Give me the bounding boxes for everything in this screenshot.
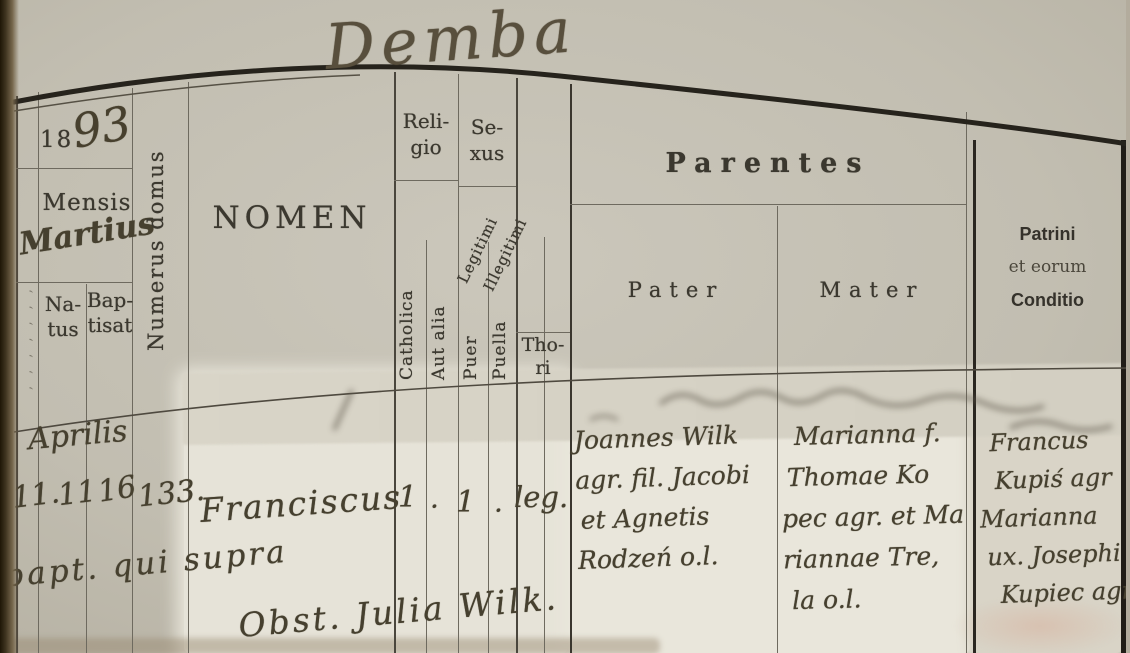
record-puer-mark: 1 bbox=[456, 485, 475, 520]
column-header-mater: Mater bbox=[780, 278, 964, 302]
column-header-pater: Pater bbox=[578, 278, 774, 302]
page-right-edge bbox=[1126, 0, 1130, 653]
record-mater: Marianna f. Thomae Ko pec agr. et Ma ria… bbox=[779, 412, 966, 622]
column-header-catholica: Catholica bbox=[397, 172, 424, 380]
record-catholica-mark: 1 bbox=[398, 480, 417, 515]
column-header-parentes: Parentes bbox=[570, 148, 966, 179]
column-header-natus: Na- tus bbox=[40, 292, 86, 342]
record-puella-mark: · bbox=[494, 494, 503, 527]
record-pater: Joannes Wilk agr. fil. Jacobi et Agnetis… bbox=[573, 415, 753, 581]
margin-marks: ,,,,,,, bbox=[20, 190, 36, 390]
record-house-number: 133. bbox=[136, 473, 206, 515]
book-binding-edge bbox=[0, 0, 19, 653]
column-header-numerus-domus: Numerus domus bbox=[144, 122, 180, 378]
record-patrini: Francus Kupiś agr Marianna ux. Josephi K… bbox=[977, 419, 1130, 614]
record-thori-mark: leg. bbox=[514, 480, 568, 514]
year-written: 93 bbox=[68, 95, 135, 158]
column-header-sexus: Se- xus bbox=[458, 114, 516, 166]
column-header-thori: Tho- ri bbox=[516, 334, 570, 380]
year-cell: 1893 bbox=[40, 104, 140, 158]
year-printed: 18 bbox=[40, 127, 73, 153]
column-header-patrini: Patrini et eorum Conditio bbox=[975, 218, 1120, 317]
record-baptisat-day: 16 bbox=[95, 469, 138, 510]
register-page: Demba 1893 Mensis Martius ,,,,,,, Na- tu… bbox=[0, 0, 1130, 653]
column-header-aut-alia: Aut alia bbox=[429, 226, 456, 380]
column-header-nomen: NOMEN bbox=[190, 200, 394, 236]
record-natus-day: 11 bbox=[56, 474, 98, 513]
column-header-religio: Reli- gio bbox=[394, 108, 458, 160]
record-aut-alia-mark: · bbox=[430, 490, 439, 523]
column-header-baptisat: Bap- tisat bbox=[86, 288, 134, 338]
